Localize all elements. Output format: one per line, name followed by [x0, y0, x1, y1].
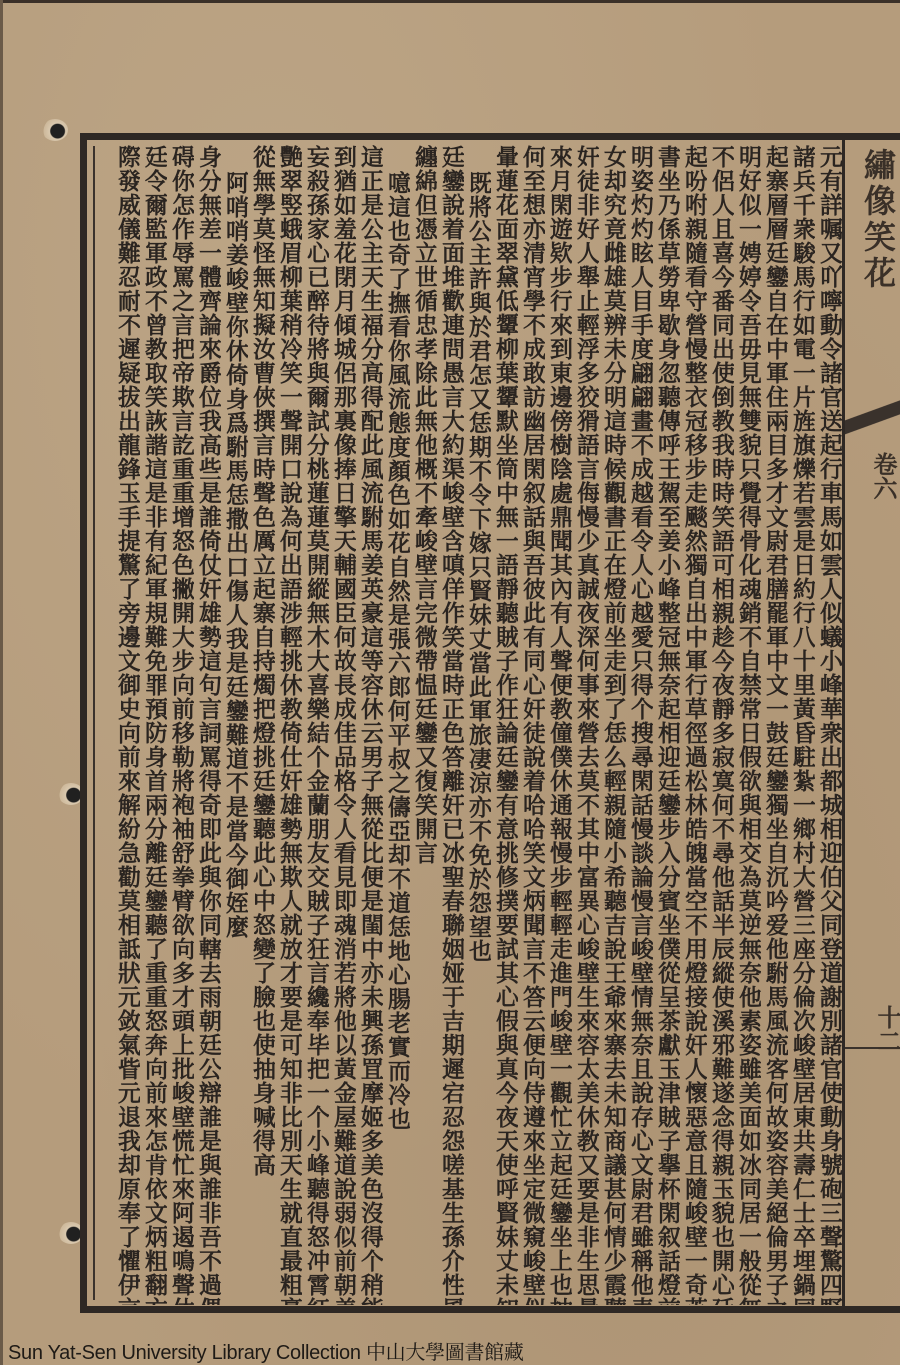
text-column-9: 女却究竟雌雄莫辨未分明這時候觀書正在燈前坐走到了恁么輕親隨小希聽吉說王爺來寨去未… — [599, 145, 626, 1305]
main-text-body: 元有詳嘱又吖嚀動令諸官送起行車馬如雲人似蟻小峰華衆出都城相迎伯父同登道謝別諸官使… — [95, 145, 842, 1305]
page-margin-strip — [845, 133, 900, 1313]
text-column-3: 起寨層層廷鑾自在中軍住兩目多才文尉君膳罷軍中文一鼓廷鑾獨坐自沉吟爱他駙馬風流客何… — [761, 145, 788, 1305]
text-column-17: 噫這也奇了撫看你風流態度顏色如花自然是張六郎何平叔之儔亞却不道恁地心腸老實而冷也 — [383, 145, 410, 1305]
text-column-24: 身分無差一體齊論來爵位我高些是誰倚仗奸雄勢這句言詞罵得奇即此與你同轄去雨朝廷公辯… — [194, 145, 221, 1305]
text-column-16: 纏綿但憑立世循忠孝除此無他概不牽峻壁言完微帶愠廷鑾又復笑開言 — [410, 145, 437, 1305]
text-column-7: 書坐乃係草勞卑歇身忽聽傳呼王駕至姜小峰整冠無奈起相迎廷鑾步入分賓坐僕從呈茶獻玉津… — [653, 145, 680, 1305]
binding-hole-top — [42, 119, 68, 141]
text-column-22: 從無學莫怪無知擬汝曹俠撰言時聲色厲立起寨自持燭把燈挑廷鑾聽此心中怒變了臉也使抽身… — [248, 145, 275, 1305]
collection-caption: Sun Yat-Sen University Library Collectio… — [8, 1336, 524, 1365]
text-column-1: 元有詳嘱又吖嚀動令諸官送起行車馬如雲人似蟻小峰華衆出都城相迎伯父同登道謝別諸官使… — [815, 145, 842, 1305]
text-column-20: 妄殺孫家心已醉待將與爾試分桃蓮蓮莫開縱無木大喜樂結个金蘭朋友交賊子狂言纔奉毕把一… — [302, 145, 329, 1305]
text-column-15: 廷鑾說着面堆歡連問愚言大約渠峻壁含嗔佯作笑當時正色答離奸已冰聖春聯姻娅于吉期遲宕… — [437, 145, 464, 1305]
text-column-26: 廷令爾監軍政不曾教取笑詼諧這是非有紀軍規難免罪預防身首兩分離廷鑾聽了重重怒奔向前… — [140, 145, 167, 1305]
text-column-25: 碍你怎作辱罵之言把帝欺言訖重重增怒色撇開大步向前移勒將袍袖舒拳臂欲向多才頭上批峻… — [167, 145, 194, 1305]
text-column-12: 何至想亦清宵學不成敢訪幽居閑叙話與吾彼此有同心奸徒說着哈哈笑文炳聞言不答云便向侍… — [518, 145, 545, 1305]
text-column-6: 起吩咐親隨看守營慢整衣冠移步走颷然獨自出中軍行草徑過松林皓魄當空不用燈接說奸人懷… — [680, 145, 707, 1305]
text-column-27: 際發威儀難忍耐不遲疑拔出龍鋒玉手提驚了旁邊文御史向前來解紛急勸莫相詆狀元敛氣眥元… — [113, 145, 140, 1305]
text-column-11: 來月閑遊欵步行來到東邊傍樹陰處鼎聞其內有人聲便教僮僕休通報慢步輕輕走進門峻壁一觀… — [545, 145, 572, 1305]
text-column-8: 明姿灼灼眩人目手度翩翩畫不成越看令人心越愛只得个搜尋閑話慢談論慢言峻壁情無奈且說… — [626, 145, 653, 1305]
text-column-18: 這正是公主天生福分高得配此風流駙馬姜英豪這等容休云男子無從比便是閨中亦未興孫罝摩… — [356, 145, 383, 1305]
text-column-23: 阿哨哨姜峻壁你休倚身爲駙馬恁撒出口傷人我是廷鑾難道不是當今御姪麼 — [221, 145, 248, 1305]
page-left-edge — [0, 0, 3, 1365]
text-column-13: 暈蓮花面翠黛低顰柳葉顰默坐筒中無一語靜聽賊子作狂論廷鑾有意挑修撲要試其心假與真今… — [491, 145, 518, 1305]
text-column-19: 到猶如羞花閉月傾城侶那裏像捧日擎天輔國臣何故長成佳品格令人看見即魂消若將他以黃金… — [329, 145, 356, 1305]
text-column-5: 不侶人且喜今番同出使倒教我時時笑語可相親趁今夜靜多寂寞何不尋他話半辰縱使溪邪難遂… — [707, 145, 734, 1305]
page-top-edge — [0, 0, 900, 3]
margin-book-title: 繡像笑花 — [858, 148, 898, 292]
text-column-2: 諸兵千衆駿馬行如電一片旌旗爍若雲是日約行八十里黃昏駐紮一鄉村大營三座分倫次峻壁居… — [788, 145, 815, 1305]
text-column-21: 艷翠竪蛾眉柳葉稍冷笑一聲開口說為何出語涉輕挑休教倚仕奸雄勢無欺人就放才要是可知非… — [275, 145, 302, 1305]
text-column-4: 明好似一娉婷令吾毋見無雙貌只覺得骨化魂銷不自禁常日假欲與相交為莫逆無奈他素姿雖美… — [734, 145, 761, 1305]
margin-volume-label: 卷六 — [866, 452, 900, 500]
text-column-14: 既將公主許與於君怎又恁期不令下嫁只賢妹丈當此軍旅凄涼亦不免於怨望也 — [464, 145, 491, 1305]
margin-page-number: 十二 — [870, 1005, 900, 1053]
fishtail-mark-icon — [845, 392, 900, 442]
text-column-10: 奸徒非好人舉止輕浮多狡猾語言侮慢少真誠夜深何事來營去莫不其中富異心峻壁生來容太美… — [572, 145, 599, 1305]
